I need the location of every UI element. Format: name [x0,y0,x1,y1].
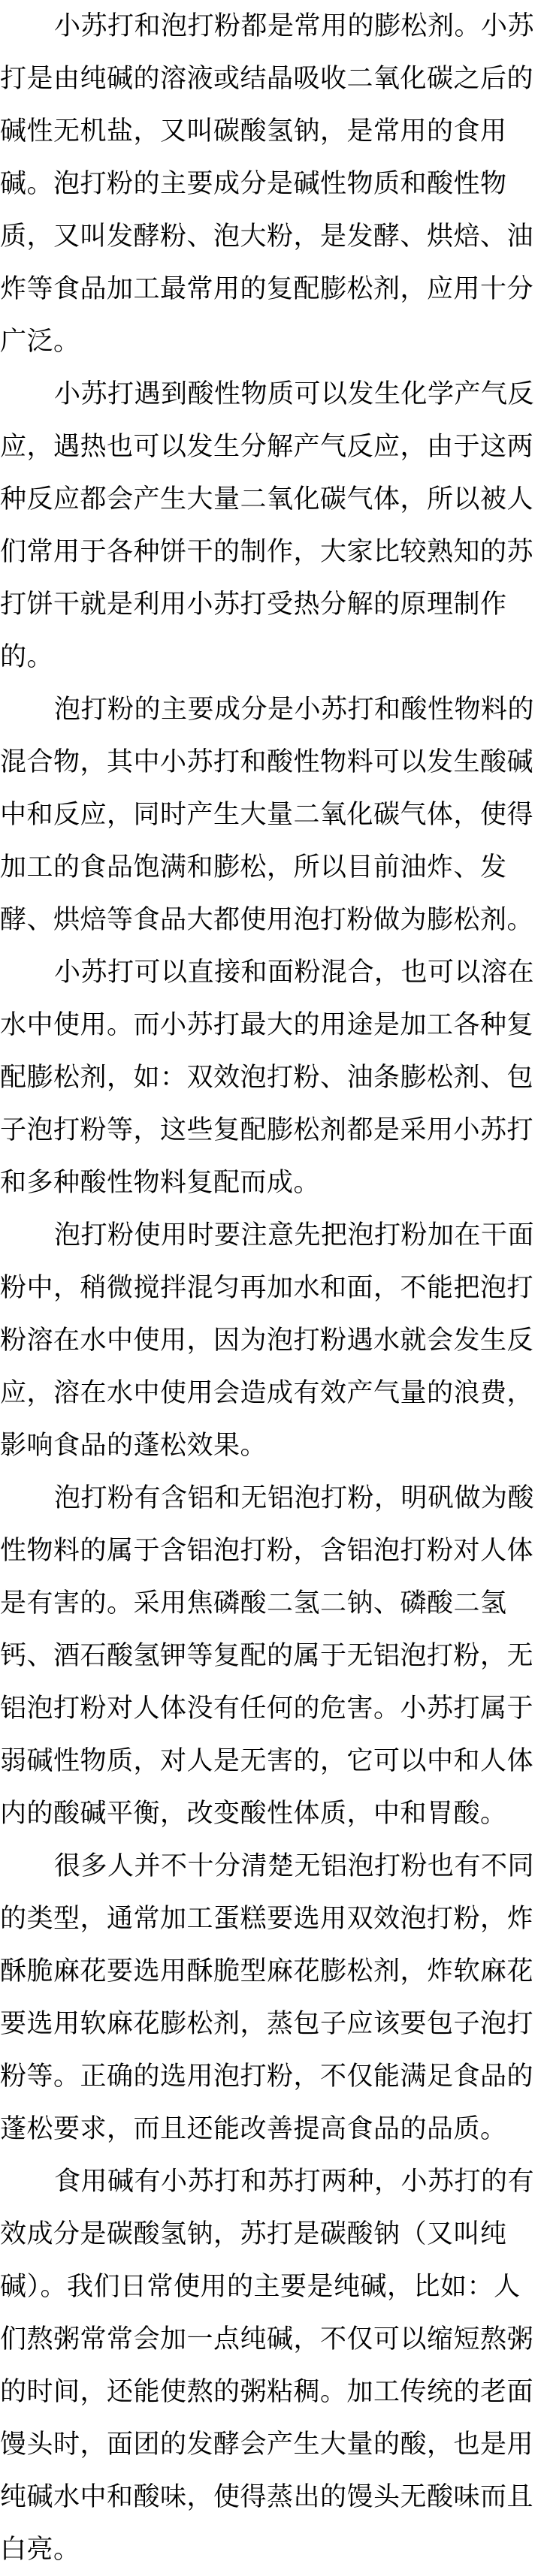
text-line: 泡打粉有含铝和无铝泡打粉，明矾做为酸 [0,1472,541,1525]
text-line: 要选用软麻花膨松剂，蒸包子应该要包子泡打 [0,1998,541,2050]
text-line: 的时间，还能使熬的粥粘稠。加工传统的老面 [0,2366,541,2418]
paragraph-3: 泡打粉的主要成分是小苏打和酸性物料的 混合物，其中小苏打和酸性物料可以发生酸碱 … [0,683,541,946]
paragraph-7: 很多人并不十分清楚无铝泡打粉也有不同 的类型，通常加工蛋糕要选用双效泡打粉，炸 … [0,1840,541,2155]
article-body: 小苏打和泡打粉都是常用的膨松剂。小苏 打是由纯碱的溶液或结晶吸收二氧化碳之后的 … [0,0,541,2576]
text-line: 馒头时，面团的发酵会产生大量的酸，也是用 [0,2418,541,2471]
text-line: 应，遇热也可以发生分解产气反应，由于这两 [0,421,541,473]
paragraph-8: 食用碱有小苏打和苏打两种，小苏打的有 效成分是碳酸氢钠，苏打是碳酸钠（又叫纯 碱… [0,2155,541,2576]
text-line: 蓬松要求，而且还能改善提高食品的品质。 [0,2103,541,2155]
text-line: 中和反应，同时产生大量二氧化碳气体，使得 [0,789,541,841]
text-line: 和多种酸性物料复配而成。 [0,1157,541,1209]
text-line: 质，又叫发酵粉、泡大粉，是发酵、烘焙、油 [0,210,541,263]
text-line: 的。 [0,631,541,683]
text-line: 炸等食品加工最常用的复配膨松剂，应用十分 [0,263,541,315]
text-line: 很多人并不十分清楚无铝泡打粉也有不同 [0,1840,541,1893]
text-line: 小苏打可以直接和面粉混合，也可以溶在 [0,946,541,999]
text-line: 碱。泡打粉的主要成分是碱性物质和酸性物 [0,158,541,210]
text-line: 弱碱性物质，对人是无害的，它可以中和人体 [0,1735,541,1787]
paragraph-6: 泡打粉有含铝和无铝泡打粉，明矾做为酸 性物料的属于含铝泡打粉，含铝泡打粉对人体 … [0,1472,541,1840]
paragraph-4: 小苏打可以直接和面粉混合，也可以溶在 水中使用。而小苏打最大的用途是加工各种复 … [0,946,541,1209]
paragraph-1: 小苏打和泡打粉都是常用的膨松剂。小苏 打是由纯碱的溶液或结晶吸收二氧化碳之后的 … [0,0,541,368]
text-line: 打是由纯碱的溶液或结晶吸收二氧化碳之后的 [0,53,541,105]
text-line: 效成分是碳酸氢钠，苏打是碳酸钠（又叫纯 [0,2208,541,2261]
text-line: 酵、烘焙等食品大都使用泡打粉做为膨松剂。 [0,894,541,946]
text-line: 种反应都会产生大量二氧化碳气体，所以被人 [0,473,541,526]
text-line: 性物料的属于含铝泡打粉，含铝泡打粉对人体 [0,1525,541,1577]
text-line: 铝泡打粉对人体没有任何的危害。小苏打属于 [0,1682,541,1735]
text-line: 碱性无机盐，又叫碳酸氢钠，是常用的食用 [0,105,541,158]
text-line: 白亮。 [0,2523,541,2576]
text-line: 粉中，稍微搅拌混匀再加水和面，不能把泡打 [0,1262,541,1314]
text-line: 泡打粉使用时要注意先把泡打粉加在干面 [0,1209,541,1262]
text-line: 泡打粉的主要成分是小苏打和酸性物料的 [0,683,541,736]
text-line: 小苏打遇到酸性物质可以发生化学产气反 [0,368,541,421]
text-line: 加工的食品饱满和膨松，所以目前油炸、发 [0,841,541,894]
text-line: 酥脆麻花要选用酥脆型麻花膨松剂，炸软麻花 [0,1945,541,1998]
text-line: 粉等。正确的选用泡打粉，不仅能满足食品的 [0,2050,541,2103]
text-line: 广泛。 [0,315,541,368]
text-line: 子泡打粉等，这些复配膨松剂都是采用小苏打 [0,1104,541,1157]
text-line: 是有害的。采用焦磷酸二氢二钠、磷酸二氢 [0,1577,541,1630]
text-line: 水中使用。而小苏打最大的用途是加工各种复 [0,999,541,1051]
paragraph-2: 小苏打遇到酸性物质可以发生化学产气反 应，遇热也可以发生分解产气反应，由于这两 … [0,368,541,683]
text-line: 粉溶在水中使用，因为泡打粉遇水就会发生反 [0,1314,541,1367]
text-line: 们常用于各种饼干的制作，大家比较熟知的苏 [0,526,541,578]
paragraph-5: 泡打粉使用时要注意先把泡打粉加在干面 粉中，稍微搅拌混匀再加水和面，不能把泡打 … [0,1209,541,1472]
text-line: 内的酸碱平衡，改变酸性体质，中和胃酸。 [0,1787,541,1840]
text-line: 应，溶在水中使用会造成有效产气量的浪费， [0,1367,541,1419]
text-line: 影响食品的蓬松效果。 [0,1419,541,1472]
text-line: 食用碱有小苏打和苏打两种，小苏打的有 [0,2155,541,2208]
text-line: 打饼干就是利用小苏打受热分解的原理制作 [0,578,541,631]
text-line: 钙、酒石酸氢钾等复配的属于无铝泡打粉，无 [0,1630,541,1682]
text-line: 混合物，其中小苏打和酸性物料可以发生酸碱 [0,736,541,789]
text-line: 配膨松剂，如：双效泡打粉、油条膨松剂、包 [0,1051,541,1104]
text-line: 小苏打和泡打粉都是常用的膨松剂。小苏 [0,0,541,53]
text-line: 碱）。我们日常使用的主要是纯碱，比如：人 [0,2261,541,2313]
text-line: 们熬粥常常会加一点纯碱，不仅可以缩短熬粥 [0,2313,541,2366]
text-line: 的类型，通常加工蛋糕要选用双效泡打粉，炸 [0,1893,541,1945]
text-line: 纯碱水中和酸味，使得蒸出的馒头无酸味而且 [0,2471,541,2523]
